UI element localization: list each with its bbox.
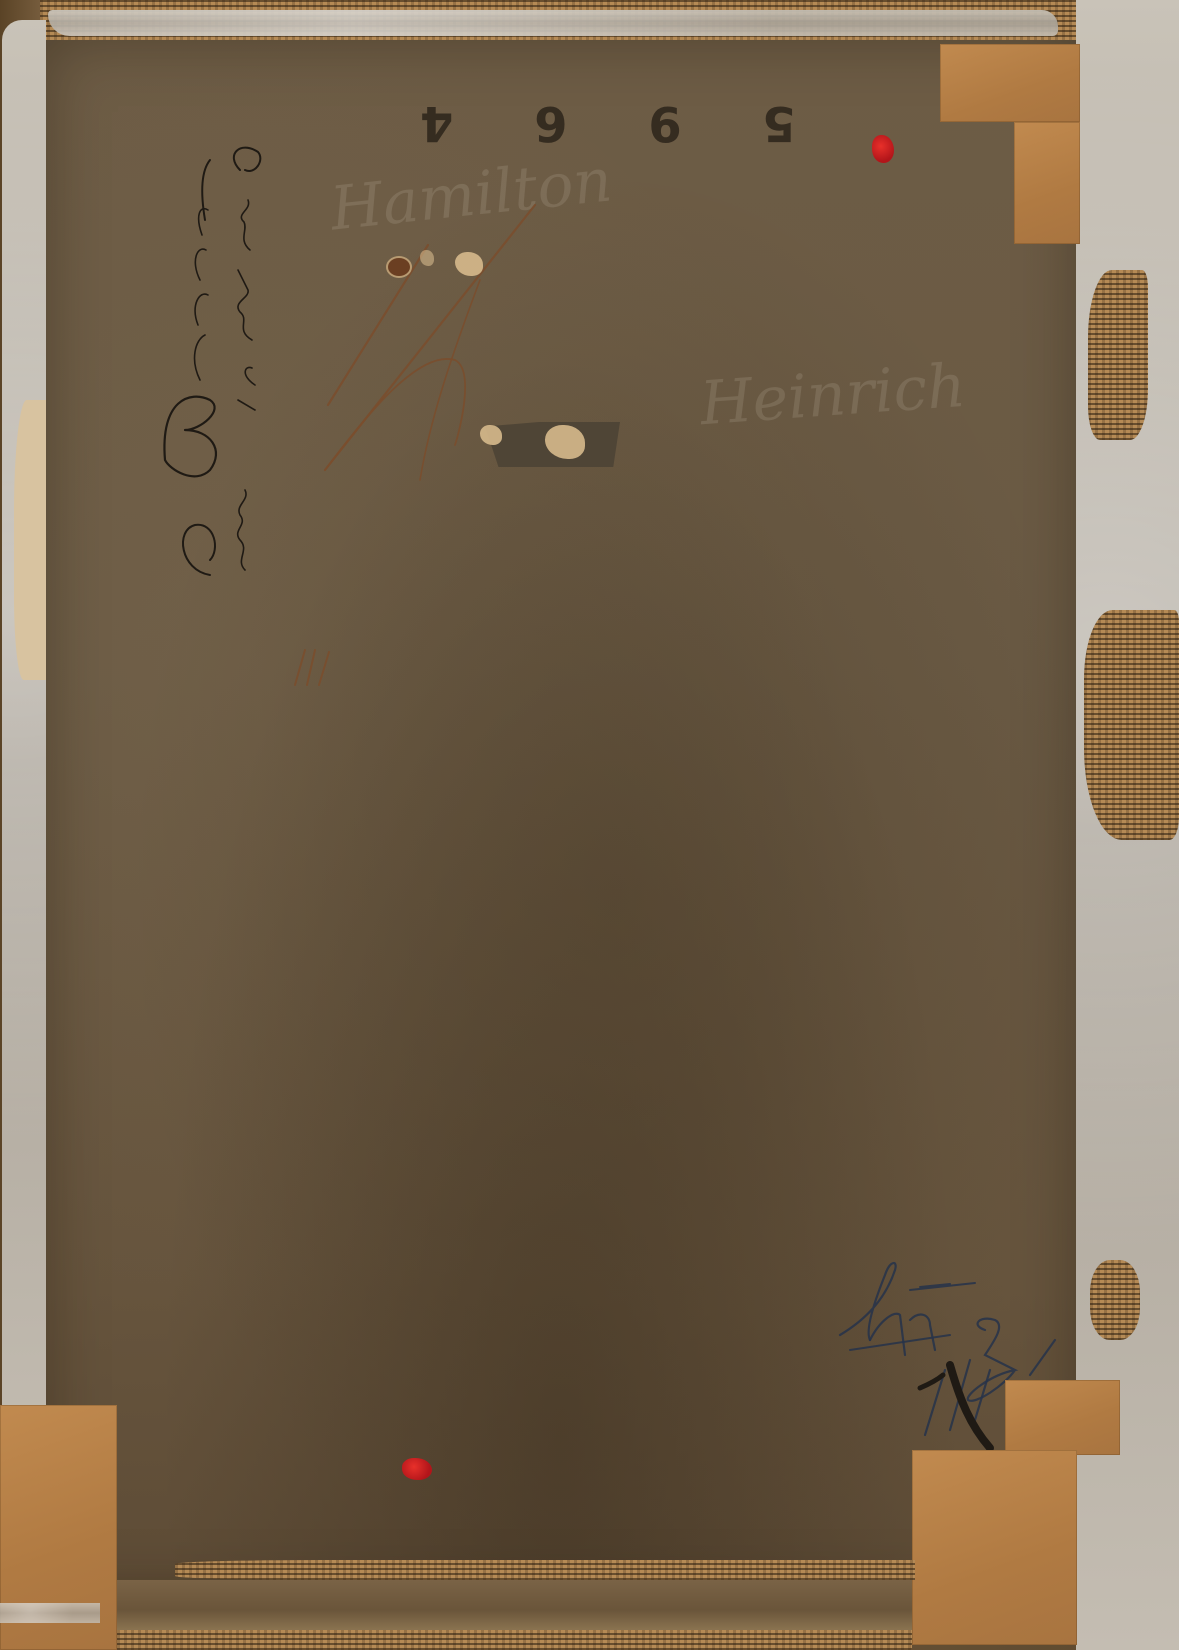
paper-flake-4 — [480, 425, 502, 445]
kraft-tape-top-right-b — [1014, 122, 1080, 244]
paper-flake-1 — [455, 252, 483, 276]
stamp-number-text: 5 9 6 4 — [388, 95, 796, 151]
kraft-tape-top-right-a — [940, 44, 1080, 122]
paper-edge-left — [14, 400, 46, 680]
tissue-tape-left — [2, 20, 46, 1500]
ink-check-mark — [915, 1360, 1015, 1460]
torn-paper-bottom — [117, 1580, 912, 1630]
red-wax-seal-bottom — [402, 1458, 432, 1480]
paper-flake-2 — [420, 250, 434, 266]
kraft-tape-bottom-right-b — [912, 1450, 1077, 1645]
newspaper-strip-right-3 — [1090, 1260, 1140, 1340]
stamp-number: 5 9 6 4 — [388, 95, 796, 151]
newspaper-strip-right-2 — [1084, 610, 1179, 840]
newspaper-strip-right-1 — [1088, 270, 1148, 440]
tissue-tape-bottom-left — [0, 1603, 100, 1623]
brown-stain-spot — [388, 258, 410, 276]
svg-text:C. Bezzola: C. Bezzola — [140, 130, 225, 134]
tissue-tape-top — [48, 10, 1058, 36]
newspaper-strip-bottom — [175, 1560, 915, 1580]
red-wax-seal-top — [872, 135, 894, 163]
faint-number-mark — [285, 640, 345, 690]
kraft-tape-bottom-right-a — [1005, 1380, 1120, 1455]
signature-inscription: C. Bezzola — [140, 130, 280, 590]
newspaper-strip-bottom-edge — [117, 1630, 912, 1650]
